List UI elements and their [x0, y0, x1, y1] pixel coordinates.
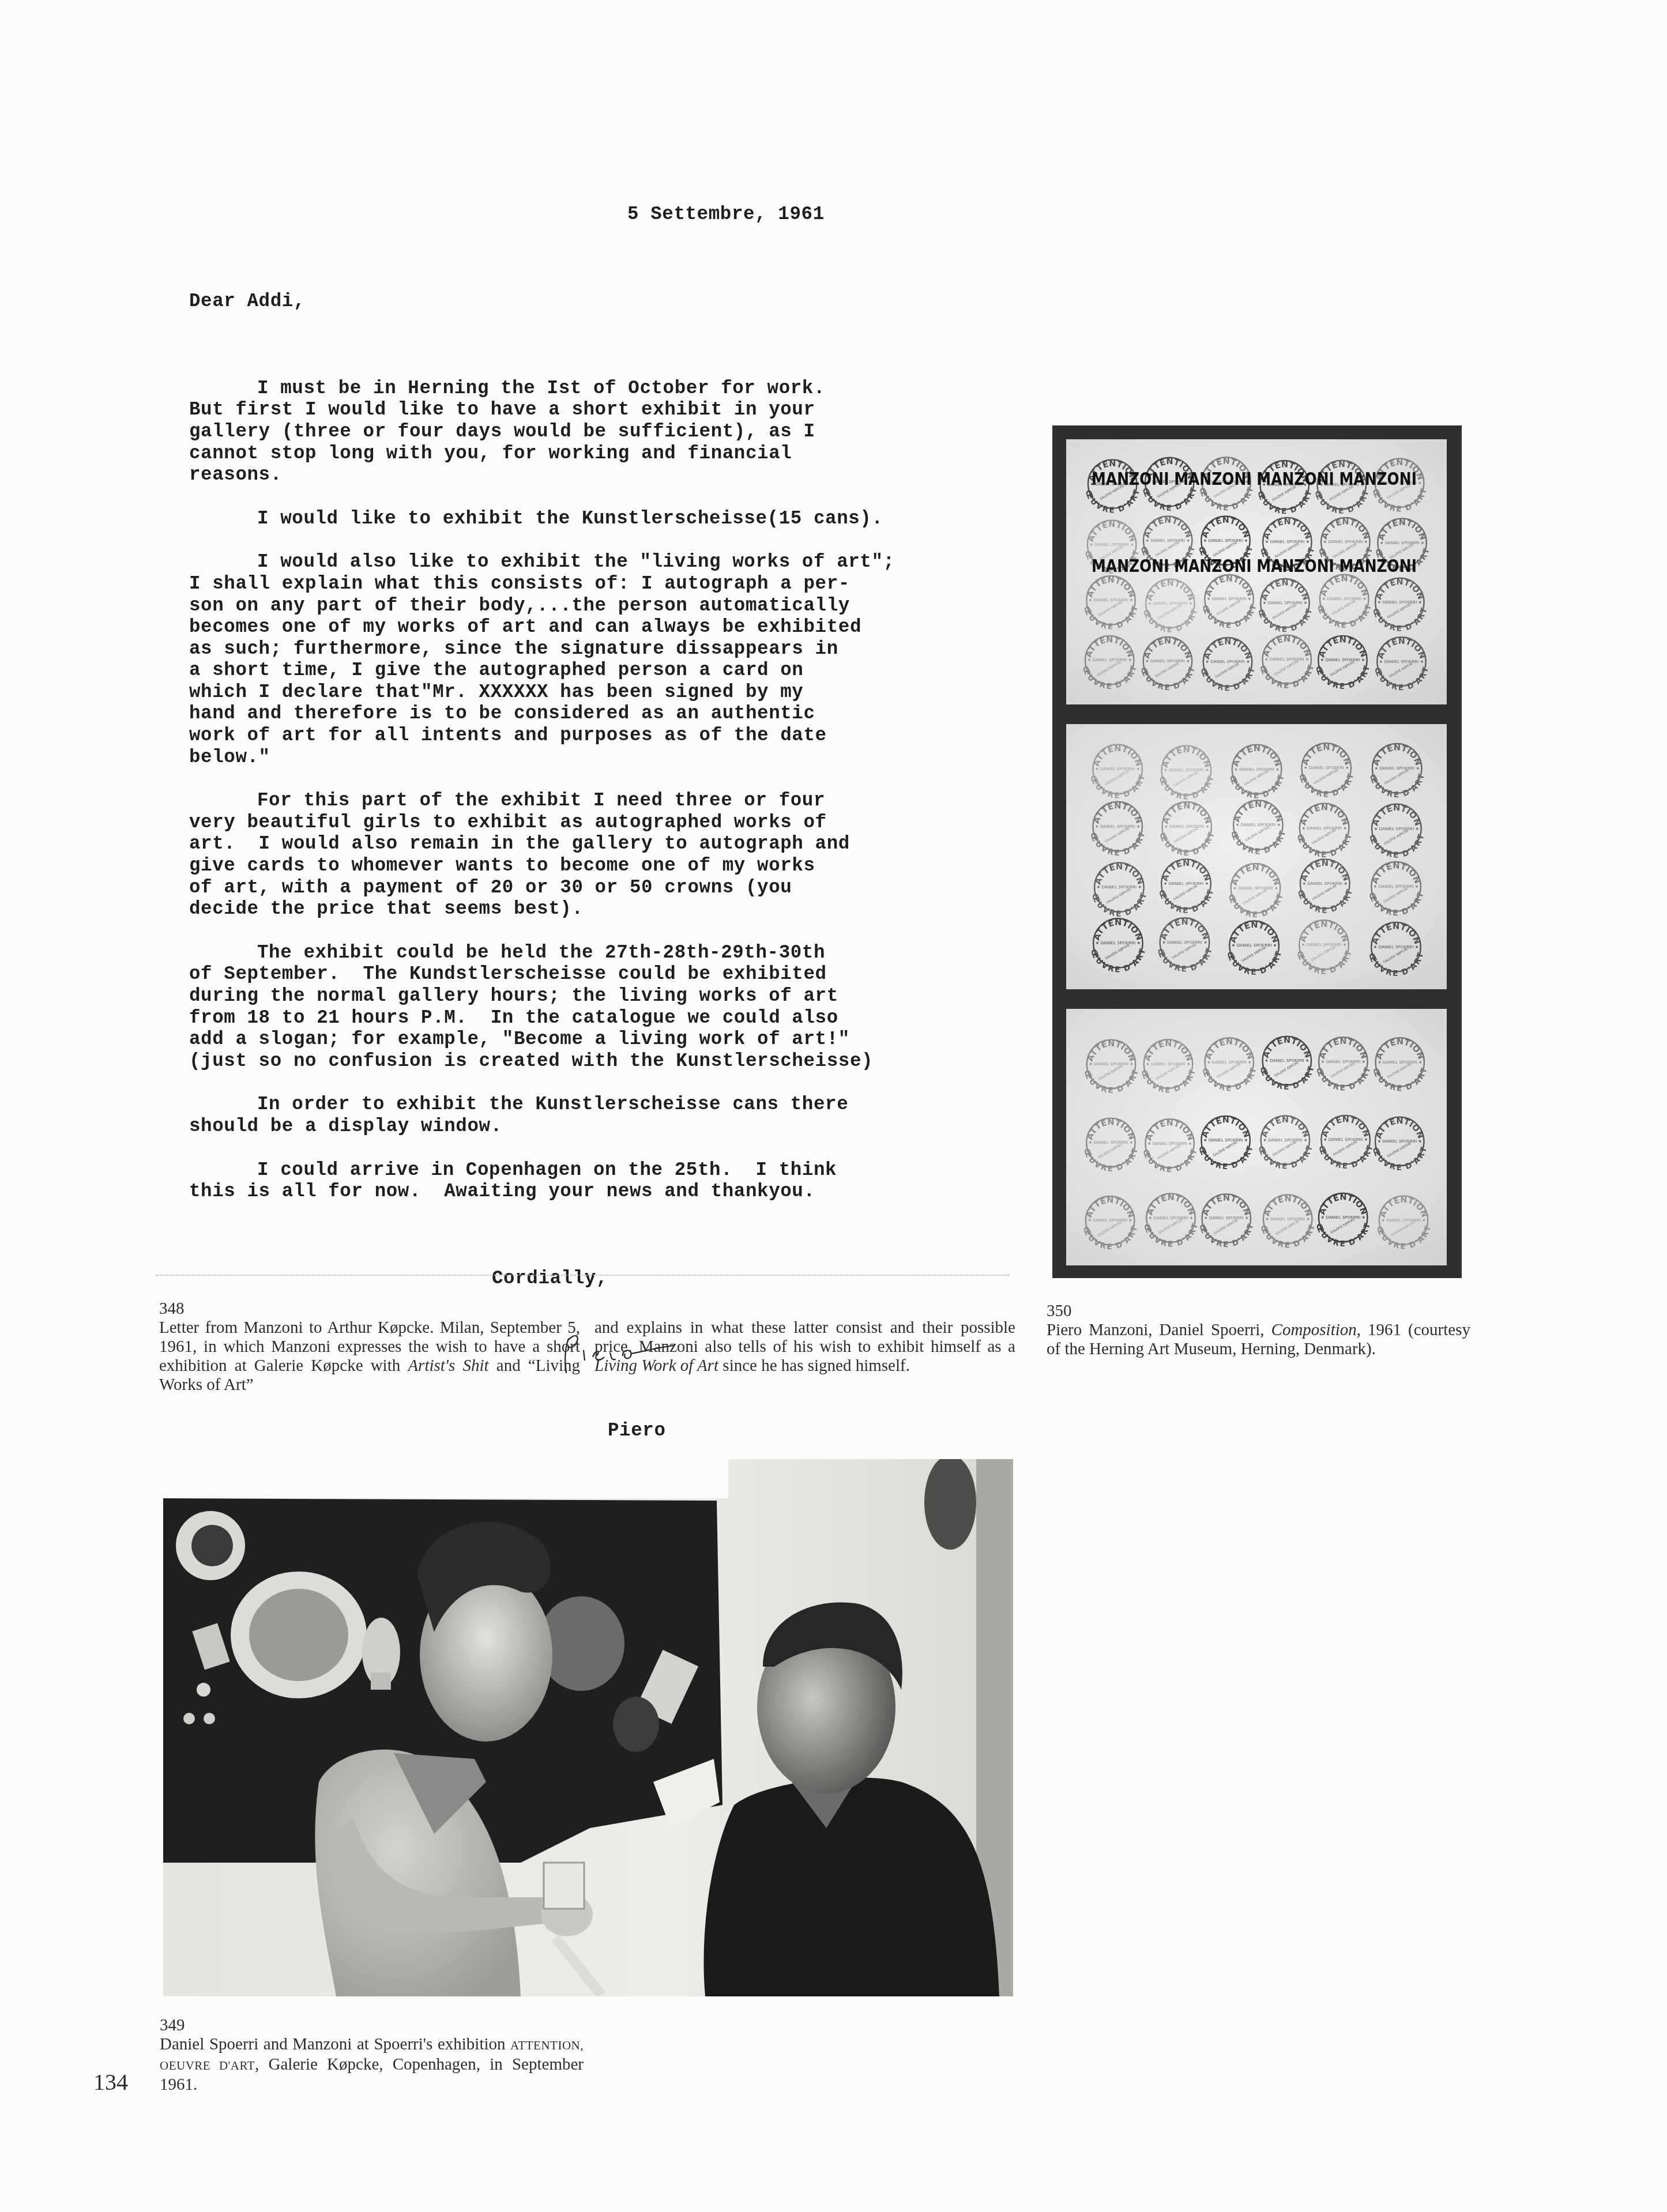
svg-text:★ DANIEL SPOERRI ★: ★ DANIEL SPOERRI ★ — [1097, 884, 1142, 890]
letter-line: reasons. — [189, 464, 985, 486]
svg-text:★ DANIEL SPOERRI ★: ★ DANIEL SPOERRI ★ — [1205, 659, 1250, 664]
letter-line: of art, with a payment of 20 or 30 or 50… — [189, 877, 985, 899]
oeuvre-dart-stamp: ATTENTIONŒUVRE D'ART★ DANIEL SPOERRI ★GA… — [1315, 574, 1374, 630]
svg-text:★ DANIEL SPOERRI ★: ★ DANIEL SPOERRI ★ — [1149, 1215, 1193, 1220]
letter-line: of September. The Kundstlerscheisse coul… — [189, 963, 985, 985]
svg-text:★ DANIEL SPOERRI ★: ★ DANIEL SPOERRI ★ — [1148, 601, 1192, 606]
svg-text:ATTENTION: ATTENTION — [1142, 516, 1193, 539]
svg-text:ATTENTION: ATTENTION — [1260, 1116, 1311, 1139]
svg-text:★ DANIEL SPOERRI ★: ★ DANIEL SPOERRI ★ — [1263, 1137, 1307, 1143]
oeuvre-dart-stamp: ATTENTIONŒUVRE D'ART★ DANIEL SPOERRI ★GA… — [1082, 575, 1141, 631]
svg-text:ATTENTION: ATTENTION — [1300, 743, 1353, 767]
separator-line — [156, 1275, 1009, 1276]
svg-text:GALERIE KØPCKE: GALERIE KØPCKE — [1388, 661, 1414, 679]
svg-text:ATTENTION: ATTENTION — [1375, 1038, 1425, 1061]
letter-paragraph: For this part of the exhibit I need thre… — [189, 790, 985, 920]
oeuvre-dart-stamp: ATTENTIONŒUVRE D'ART★ DANIEL SPOERRI ★GA… — [1141, 579, 1199, 635]
svg-text:★ DANIEL SPOERRI ★: ★ DANIEL SPOERRI ★ — [1265, 657, 1309, 662]
oeuvre-dart-stamp: ATTENTIONŒUVRE D'ART★ DANIEL SPOERRI ★GA… — [1258, 1194, 1317, 1250]
svg-text:ATTENTION: ATTENTION — [1086, 520, 1137, 543]
svg-text:ATTENTION: ATTENTION — [1143, 1039, 1194, 1062]
oeuvre-dart-stamp: ATTENTIONŒUVRE D'ART★ DANIEL SPOERRI ★GA… — [1295, 858, 1354, 915]
svg-text:GALERIE KØPCKE: GALERIE KØPCKE — [1097, 1220, 1123, 1238]
book-page: 5 Settembre, 1961 Dear Addi, I must be i… — [0, 0, 1667, 2212]
svg-text:GALERIE KØPCKE: GALERIE KØPCKE — [1390, 1220, 1416, 1237]
svg-text:ATTENTION: ATTENTION — [1200, 516, 1251, 539]
svg-text:ATTENTION: ATTENTION — [1085, 1196, 1135, 1219]
svg-text:GALERIE KØPCKE: GALERIE KØPCKE — [1097, 1143, 1123, 1160]
svg-text:★ DANIEL SPOERRI ★: ★ DANIEL SPOERRI ★ — [1096, 940, 1141, 945]
svg-text:★ DANIEL SPOERRI ★: ★ DANIEL SPOERRI ★ — [1087, 1218, 1132, 1223]
svg-text:GALERIE KØPCKE: GALERIE KØPCKE — [1383, 828, 1410, 846]
oeuvre-dart-stamp: ATTENTIONŒUVRE D'ART★ DANIEL SPOERRI ★GA… — [1367, 921, 1426, 978]
svg-text:★ DANIEL SPOERRI ★: ★ DANIEL SPOERRI ★ — [1304, 765, 1349, 770]
letter-line: from 18 to 21 hours P.M. In the catalogu… — [189, 1007, 985, 1029]
oeuvre-dart-stamp: ATTENTIONŒUVRE D'ART★ DANIEL SPOERRI ★GA… — [1080, 635, 1139, 691]
oeuvre-dart-stamp: ATTENTIONŒUVRE D'ART★ DANIEL SPOERRI ★GA… — [1370, 1117, 1429, 1173]
svg-text:ATTENTION: ATTENTION — [1200, 1116, 1251, 1139]
oeuvre-dart-stamp: ATTENTIONŒUVRE D'ART★ DANIEL SPOERRI ★GA… — [1258, 635, 1316, 691]
oeuvre-dart-stamp: ATTENTIONŒUVRE D'ART★ DANIEL SPOERRI ★GA… — [1256, 1116, 1315, 1171]
oeuvre-dart-stamp: ATTENTIONŒUVRE D'ART★ DANIEL SPOERRI ★GA… — [1082, 1039, 1141, 1095]
letter-line: I would like to exhibit the Kunstlersche… — [189, 508, 985, 530]
svg-text:★ DANIEL SPOERRI ★: ★ DANIEL SPOERRI ★ — [1234, 767, 1280, 772]
svg-text:GALERIE KØPCKE: GALERIE KØPCKE — [1213, 1140, 1239, 1158]
letter-signed-name: Piero — [608, 1420, 985, 1442]
svg-text:ATTENTION: ATTENTION — [1084, 635, 1135, 658]
svg-text:★ DANIEL SPOERRI ★: ★ DANIEL SPOERRI ★ — [1164, 767, 1209, 772]
svg-text:GALERIE KØPCKE: GALERIE KØPCKE — [1272, 1140, 1298, 1157]
svg-text:GALERIE KØPCKE: GALERIE KØPCKE — [1383, 947, 1409, 964]
svg-text:★ DANIEL SPOERRI ★: ★ DANIEL SPOERRI ★ — [1233, 885, 1278, 891]
svg-text:ATTENTION: ATTENTION — [1262, 517, 1312, 540]
manzoni-handwritten-signature: MANZONI MANZONI MANZONI MANZONI — [1092, 469, 1417, 489]
letter-line: becomes one of my works of art and can a… — [189, 616, 985, 638]
svg-text:GALERIE KØPCKE: GALERIE KØPCKE — [1105, 943, 1131, 960]
oeuvre-dart-stamp: ATTENTIONŒUVRE D'ART★ DANIEL SPOERRI ★GA… — [1227, 744, 1286, 801]
svg-text:ATTENTION: ATTENTION — [1262, 1036, 1312, 1059]
svg-text:ATTENTION: ATTENTION — [1085, 575, 1136, 598]
svg-text:★ DANIEL SPOERRI ★: ★ DANIEL SPOERRI ★ — [1204, 1215, 1248, 1220]
manzoni-handwritten-signature: MANZONI MANZONI MANZONI MANZONI — [1092, 556, 1417, 576]
oeuvre-dart-stamp: ATTENTIONŒUVRE D'ART★ DANIEL SPOERRI ★GA… — [1370, 578, 1429, 634]
svg-text:★ DANIEL SPOERRI ★: ★ DANIEL SPOERRI ★ — [1095, 824, 1141, 829]
caption-text: Piero Manzoni, Daniel Spoerri, Compositi… — [1047, 1321, 1470, 1359]
svg-text:★ DANIEL SPOERRI ★: ★ DANIEL SPOERRI ★ — [1379, 659, 1424, 664]
svg-text:★ DANIEL SPOERRI ★: ★ DANIEL SPOERRI ★ — [1090, 542, 1134, 547]
svg-text:ATTENTION: ATTENTION — [1086, 1039, 1137, 1062]
letter-line: In order to exhibit the Kunstlerscheisse… — [189, 1094, 985, 1116]
svg-text:★ DANIEL SPOERRI ★: ★ DANIEL SPOERRI ★ — [1303, 881, 1348, 886]
oeuvre-dart-stamp: ATTENTIONŒUVRE D'ART★ DANIEL SPOERRI ★GA… — [1082, 1118, 1141, 1174]
oeuvre-dart-stamp: ATTENTIONŒUVRE D'ART★ DANIEL SPOERRI ★GA… — [1088, 744, 1147, 801]
svg-text:ATTENTION: ATTENTION — [1369, 921, 1422, 945]
svg-text:GALERIE KØPCKE: GALERIE KØPCKE — [1387, 1062, 1413, 1079]
letter-line: But first I would like to have a short e… — [189, 399, 985, 421]
svg-text:ATTENTION: ATTENTION — [1092, 744, 1144, 768]
letter-line: son on any part of their body,...the per… — [189, 595, 985, 617]
svg-text:★ DANIEL SPOERRI ★: ★ DANIEL SPOERRI ★ — [1374, 944, 1419, 949]
letter-line: I would also like to exhibit the "living… — [189, 551, 985, 573]
svg-text:ATTENTION: ATTENTION — [1201, 1193, 1252, 1216]
svg-text:GALERIE KØPCKE: GALERIE KØPCKE — [1157, 1218, 1183, 1235]
svg-text:ATTENTION: ATTENTION — [1145, 579, 1195, 602]
oeuvre-dart-stamp: ATTENTIONŒUVRE D'ART★ DANIEL SPOERRI ★GA… — [1196, 1116, 1255, 1171]
svg-text:ATTENTION: ATTENTION — [1374, 1117, 1425, 1140]
caption-fig-348: 348 Letter from Manzoni to Arthur Køpcke… — [159, 1299, 1015, 1395]
oeuvre-dart-stamp: ATTENTIONŒUVRE D'ART★ DANIEL SPOERRI ★GA… — [1200, 1038, 1259, 1094]
composition-panel-2: ATTENTIONŒUVRE D'ART★ DANIEL SPOERRI ★GA… — [1066, 724, 1447, 989]
svg-text:ATTENTION: ATTENTION — [1320, 1115, 1371, 1138]
oeuvre-dart-stamp: ATTENTIONŒUVRE D'ART★ DANIEL SPOERRI ★GA… — [1295, 920, 1354, 977]
svg-text:★ DANIEL SPOERRI ★: ★ DANIEL SPOERRI ★ — [1095, 766, 1141, 771]
letter-paragraph: The exhibit could be held the 27th-28th-… — [189, 942, 985, 1072]
svg-text:ATTENTION: ATTENTION — [1318, 1193, 1368, 1216]
svg-text:★ DANIEL SPOERRI ★: ★ DANIEL SPOERRI ★ — [1146, 1061, 1190, 1067]
svg-text:GALERIE KØPCKE: GALERIE KØPCKE — [1173, 827, 1200, 844]
letter-line: as such; furthermore, since the signatur… — [189, 638, 985, 660]
svg-text:ATTENTION: ATTENTION — [1203, 574, 1254, 597]
svg-text:ATTENTION: ATTENTION — [1085, 1118, 1136, 1141]
svg-text:GALERIE KØPCKE: GALERIE KØPCKE — [1098, 1064, 1124, 1081]
figure-number: 348 — [159, 1299, 1015, 1318]
oeuvre-dart-stamp: ATTENTIONŒUVRE D'ART★ DANIEL SPOERRI ★GA… — [1138, 636, 1197, 692]
oeuvre-dart-stamp: ATTENTIONŒUVRE D'ART★ DANIEL SPOERRI ★GA… — [1157, 745, 1216, 802]
oeuvre-dart-stamp: ATTENTIONŒUVRE D'ART★ DANIEL SPOERRI ★GA… — [1295, 802, 1354, 860]
oeuvre-dart-stamp: ATTENTIONŒUVRE D'ART★ DANIEL SPOERRI ★GA… — [1367, 743, 1427, 800]
svg-text:GALERIE KØPCKE: GALERIE KØPCKE — [1333, 1140, 1359, 1157]
svg-text:ATTENTION: ATTENTION — [1318, 1037, 1368, 1060]
composition-artwork: ATTENTIONŒUVRE D'ART★ DANIEL SPOERRI ★GA… — [1052, 425, 1462, 1278]
svg-text:GALERIE KØPCKE: GALERIE KØPCKE — [1213, 1218, 1239, 1235]
letter-line: very beautiful girls to exhibit as autog… — [189, 812, 985, 834]
letter-line: I could arrive in Copenhagen on the 25th… — [189, 1159, 985, 1181]
svg-text:GALERIE KØPCKE: GALERIE KØPCKE — [1271, 603, 1297, 620]
svg-text:GALERIE KØPCKE: GALERIE KØPCKE — [1242, 888, 1269, 905]
svg-text:GALERIE KØPCKE: GALERIE KØPCKE — [1096, 660, 1122, 677]
svg-text:GALERIE KØPCKE: GALERIE KØPCKE — [1311, 945, 1337, 962]
svg-text:ATTENTION: ATTENTION — [1228, 920, 1281, 944]
svg-text:★ DANIEL SPOERRI ★: ★ DANIEL SPOERRI ★ — [1378, 600, 1422, 605]
letter-paragraph: In order to exhibit the Kunstlerscheisse… — [189, 1094, 985, 1137]
oeuvre-dart-stamp: ATTENTIONŒUVRE D'ART★ DANIEL SPOERRI ★GA… — [1141, 1119, 1199, 1175]
letter-line: gallery (three or four days would be suf… — [189, 421, 985, 443]
svg-text:ATTENTION: ATTENTION — [1374, 578, 1425, 601]
oeuvre-dart-stamp: ATTENTIONŒUVRE D'ART★ DANIEL SPOERRI ★GA… — [1157, 858, 1216, 915]
oeuvre-dart-stamp: ATTENTIONŒUVRE D'ART★ DANIEL SPOERRI ★GA… — [1372, 637, 1431, 693]
letter-paragraph: I could arrive in Copenhagen on the 25th… — [189, 1159, 985, 1203]
letter-paragraph: I would like to exhibit the Kunstlersche… — [189, 508, 985, 530]
svg-text:★ DANIEL SPOERRI ★: ★ DANIEL SPOERRI ★ — [1207, 1060, 1251, 1065]
caption-text: Daniel Spoerri and Manzoni at Spoerri's … — [160, 2035, 584, 2094]
svg-text:★ DANIEL SPOERRI ★: ★ DANIEL SPOERRI ★ — [1232, 943, 1277, 948]
svg-text:ATTENTION: ATTENTION — [1376, 518, 1427, 541]
oeuvre-dart-stamp: ATTENTIONŒUVRE D'ART★ DANIEL SPOERRI ★GA… — [1088, 801, 1147, 858]
svg-text:★ DANIEL SPOERRI ★: ★ DANIEL SPOERRI ★ — [1321, 1215, 1365, 1220]
svg-text:★ DANIEL SPOERRI ★: ★ DANIEL SPOERRI ★ — [1162, 940, 1207, 945]
svg-text:ATTENTION: ATTENTION — [1145, 1193, 1196, 1216]
svg-text:ATTENTION: ATTENTION — [1298, 802, 1350, 827]
photograph-spoerri-manzoni — [163, 1459, 1013, 1996]
svg-text:GALERIE KØPCKE: GALERIE KØPCKE — [1157, 603, 1183, 620]
svg-text:★ DANIEL SPOERRI ★: ★ DANIEL SPOERRI ★ — [1378, 1139, 1422, 1144]
oeuvre-dart-stamp: ATTENTIONŒUVRE D'ART★ DANIEL SPOERRI ★GA… — [1367, 861, 1426, 918]
oeuvre-dart-stamp: ATTENTIONŒUVRE D'ART★ DANIEL SPOERRI ★GA… — [1314, 1193, 1372, 1249]
svg-text:ATTENTION: ATTENTION — [1317, 635, 1368, 658]
svg-text:★ DANIEL SPOERRI ★: ★ DANIEL SPOERRI ★ — [1265, 539, 1309, 544]
svg-text:ATTENTION: ATTENTION — [1299, 858, 1351, 883]
letter-line: give cards to whomever wants to become o… — [189, 855, 985, 877]
oeuvre-dart-stamp: ATTENTIONŒUVRE D'ART★ DANIEL SPOERRI ★GA… — [1314, 1037, 1372, 1093]
svg-text:ATTENTION: ATTENTION — [1092, 801, 1144, 825]
svg-text:★ DANIEL SPOERRI ★: ★ DANIEL SPOERRI ★ — [1164, 881, 1209, 886]
oeuvre-dart-stamp: ATTENTIONŒUVRE D'ART★ DANIEL SPOERRI ★GA… — [1198, 637, 1257, 693]
oeuvre-dart-stamp: ATTENTIONŒUVRE D'ART★ DANIEL SPOERRI ★GA… — [1200, 574, 1259, 630]
svg-text:★ DANIEL SPOERRI ★: ★ DANIEL SPOERRI ★ — [1147, 1141, 1192, 1146]
svg-text:★ DANIEL SPOERRI ★: ★ DANIEL SPOERRI ★ — [1089, 597, 1133, 602]
svg-text:GALERIE KØPCKE: GALERIE KØPCKE — [1214, 662, 1240, 679]
svg-text:GALERIE KØPCKE: GALERIE KØPCKE — [1386, 602, 1412, 620]
oeuvre-dart-stamp: ATTENTIONŒUVRE D'ART★ DANIEL SPOERRI ★GA… — [1371, 1038, 1429, 1094]
svg-text:ATTENTION: ATTENTION — [1160, 745, 1213, 769]
oeuvre-dart-stamp: ATTENTIONŒUVRE D'ART★ DANIEL SPOERRI ★GA… — [1088, 918, 1147, 975]
svg-text:★ DANIEL SPOERRI ★: ★ DANIEL SPOERRI ★ — [1301, 826, 1347, 831]
svg-text:★ DANIEL SPOERRI ★: ★ DANIEL SPOERRI ★ — [1320, 657, 1365, 662]
svg-text:ATTENTION: ATTENTION — [1232, 800, 1284, 824]
artwork-title: Composition — [1271, 1321, 1357, 1339]
svg-text:ATTENTION: ATTENTION — [1229, 863, 1282, 887]
svg-text:★ DANIEL SPOERRI ★: ★ DANIEL SPOERRI ★ — [1381, 1218, 1425, 1223]
svg-text:★ DANIEL SPOERRI ★: ★ DANIEL SPOERRI ★ — [1207, 596, 1251, 601]
svg-text:★ DANIEL SPOERRI ★: ★ DANIEL SPOERRI ★ — [1265, 1058, 1309, 1063]
oeuvre-dart-stamp: ATTENTIONŒUVRE D'ART★ DANIEL SPOERRI ★GA… — [1316, 1115, 1375, 1171]
letter-line: should be a display window. — [189, 1116, 985, 1137]
svg-text:ATTENTION: ATTENTION — [1378, 1196, 1429, 1219]
oeuvre-dart-stamp: ATTENTIONŒUVRE D'ART★ DANIEL SPOERRI ★GA… — [1297, 743, 1356, 800]
svg-text:GALERIE KØPCKE: GALERIE KØPCKE — [1313, 768, 1339, 785]
oeuvre-dart-stamp: ATTENTIONŒUVRE D'ART★ DANIEL SPOERRI ★GA… — [1197, 1193, 1256, 1249]
letter-line: below." — [189, 747, 985, 768]
svg-text:★ DANIEL SPOERRI ★: ★ DANIEL SPOERRI ★ — [1374, 826, 1420, 831]
letter-line: add a slogan; for example, "Become a liv… — [189, 1028, 985, 1050]
svg-text:ATTENTION: ATTENTION — [1259, 578, 1310, 601]
letter-line: art. I would also remain in the gallery … — [189, 833, 985, 855]
svg-text:GALERIE KØPCKE: GALERIE KØPCKE — [1383, 768, 1410, 785]
caption-column-1: Letter from Manzoni to Arthur Køpcke. Mi… — [159, 1318, 580, 1395]
svg-text:ATTENTION: ATTENTION — [1142, 636, 1193, 660]
letter-body: I must be in Herning the Ist of October … — [189, 378, 985, 1203]
svg-text:ATTENTION: ATTENTION — [1319, 574, 1369, 597]
svg-text:GALERIE KØPCKE: GALERIE KØPCKE — [1311, 828, 1337, 845]
svg-text:GALERIE KØPCKE: GALERIE KØPCKE — [1274, 1219, 1300, 1236]
svg-text:ATTENTION: ATTENTION — [1298, 920, 1350, 944]
letter-date: 5 Settembre, 1961 — [627, 204, 985, 225]
svg-text:★ DANIEL SPOERRI ★: ★ DANIEL SPOERRI ★ — [1164, 824, 1210, 829]
composition-panel-1: ATTENTIONŒUVRE D'ART★ DANIEL SPOERRI ★GA… — [1066, 439, 1447, 704]
svg-text:ATTENTION: ATTENTION — [1376, 637, 1427, 660]
svg-text:ATTENTION: ATTENTION — [1371, 743, 1423, 767]
svg-text:GALERIE KØPCKE: GALERIE KØPCKE — [1173, 884, 1199, 901]
svg-text:GALERIE KØPCKE: GALERIE KØPCKE — [1329, 660, 1355, 677]
letter-paragraph: I would also like to exhibit the "living… — [189, 551, 985, 768]
svg-text:★ DANIEL SPOERRI ★: ★ DANIEL SPOERRI ★ — [1266, 1216, 1310, 1222]
svg-text:GALERIE KØPCKE: GALERIE KØPCKE — [1383, 887, 1409, 904]
letter-line: I must be in Herning the Ist of October … — [189, 378, 985, 400]
svg-text:ATTENTION: ATTENTION — [1158, 917, 1211, 941]
svg-text:GALERIE KØPCKE: GALERIE KØPCKE — [1216, 1062, 1242, 1079]
svg-text:ATTENTION: ATTENTION — [1262, 635, 1312, 658]
oeuvre-dart-stamp: ATTENTIONŒUVRE D'ART★ DANIEL SPOERRI ★GA… — [1089, 862, 1149, 919]
svg-text:GALERIE KØPCKE: GALERIE KØPCKE — [1173, 770, 1199, 787]
svg-text:GALERIE KØPCKE: GALERIE KØPCKE — [1244, 825, 1271, 842]
svg-text:GALERIE KØPCKE: GALERIE KØPCKE — [1104, 769, 1131, 786]
svg-text:★ DANIEL SPOERRI ★: ★ DANIEL SPOERRI ★ — [1374, 884, 1419, 889]
letter-line: during the normal gallery hours; the liv… — [189, 985, 985, 1007]
oeuvre-dart-stamp: ATTENTIONŒUVRE D'ART★ DANIEL SPOERRI ★GA… — [1228, 800, 1288, 857]
svg-text:GALERIE KØPCKE: GALERIE KØPCKE — [1241, 945, 1267, 963]
letter-closing: Cordially, — [492, 1268, 985, 1290]
svg-text:★ DANIEL SPOERRI ★: ★ DANIEL SPOERRI ★ — [1087, 657, 1132, 662]
svg-text:★ DANIEL SPOERRI ★: ★ DANIEL SPOERRI ★ — [1263, 600, 1307, 605]
svg-text:ATTENTION: ATTENTION — [1161, 801, 1213, 826]
oeuvre-dart-stamp: ATTENTIONŒUVRE D'ART★ DANIEL SPOERRI ★GA… — [1139, 1039, 1198, 1095]
svg-text:GALERIE KØPCKE: GALERIE KØPCKE — [1216, 599, 1242, 616]
oeuvre-dart-stamp: ATTENTIONŒUVRE D'ART★ DANIEL SPOERRI ★GA… — [1226, 863, 1285, 920]
oeuvre-dart-stamp: ATTENTIONŒUVRE D'ART★ DANIEL SPOERRI ★GA… — [1081, 1196, 1139, 1252]
letter-line: I shall explain what this consists of: I… — [189, 573, 985, 595]
svg-text:GALERIE KØPCKE: GALERIE KØPCKE — [1157, 1143, 1183, 1160]
oeuvre-dart-stamp: ATTENTIONŒUVRE D'ART★ DANIEL SPOERRI ★GA… — [1314, 635, 1372, 691]
caption-fig-349: 349 Daniel Spoerri and Manzoni at Spoerr… — [160, 2016, 584, 2094]
page-number: 134 — [93, 2068, 128, 2096]
composition-panel-3: ATTENTIONŒUVRE D'ART★ DANIEL SPOERRI ★GA… — [1066, 1009, 1447, 1265]
letter-line: cannot stop long with you, for working a… — [189, 443, 985, 465]
svg-text:★ DANIEL SPOERRI ★: ★ DANIEL SPOERRI ★ — [1146, 538, 1190, 543]
svg-text:★ DANIEL SPOERRI ★: ★ DANIEL SPOERRI ★ — [1089, 1061, 1133, 1067]
svg-text:GALERIE KØPCKE: GALERIE KØPCKE — [1311, 884, 1338, 901]
svg-text:ATTENTION: ATTENTION — [1370, 861, 1423, 885]
oeuvre-dart-stamp: ATTENTIONŒUVRE D'ART★ DANIEL SPOERRI ★GA… — [1225, 920, 1284, 977]
svg-text:★ DANIEL SPOERRI ★: ★ DANIEL SPOERRI ★ — [1203, 1137, 1248, 1143]
svg-text:ATTENTION: ATTENTION — [1160, 858, 1212, 883]
svg-text:ATTENTION: ATTENTION — [1231, 744, 1283, 768]
letter-line: which I declare that"Mr. XXXXXX has been… — [189, 681, 985, 703]
svg-text:GALERIE KØPCKE: GALERIE KØPCKE — [1386, 1141, 1412, 1159]
svg-text:ATTENTION: ATTENTION — [1092, 918, 1144, 942]
svg-text:GALERIE KØPCKE: GALERIE KØPCKE — [1243, 769, 1270, 786]
svg-text:★ DANIEL SPOERRI ★: ★ DANIEL SPOERRI ★ — [1321, 1059, 1365, 1064]
oeuvre-dart-stamp: ATTENTIONŒUVRE D'ART★ DANIEL SPOERRI ★GA… — [1155, 917, 1214, 974]
svg-text:GALERIE KØPCKE: GALERIE KØPCKE — [1106, 887, 1132, 905]
svg-text:ATTENTION: ATTENTION — [1144, 1119, 1195, 1142]
svg-text:ATTENTION: ATTENTION — [1202, 637, 1253, 660]
svg-text:GALERIE KØPCKE: GALERIE KØPCKE — [1104, 826, 1131, 843]
letter-line: decide the price that seems best). — [189, 898, 985, 920]
svg-text:★ DANIEL SPOERRI ★: ★ DANIEL SPOERRI ★ — [1378, 1060, 1422, 1065]
oeuvre-dart-stamp: ATTENTIONŒUVRE D'ART★ DANIEL SPOERRI ★GA… — [1157, 801, 1217, 858]
svg-text:GALERIE KØPCKE: GALERIE KØPCKE — [1154, 540, 1180, 557]
svg-text:GALERIE KØPCKE: GALERIE KØPCKE — [1171, 943, 1198, 960]
letter-line: this is all for now. Awaiting your news … — [189, 1181, 985, 1203]
letter-line: (just so no confusion is created with th… — [189, 1050, 985, 1072]
caption-fig-350: 350 Piero Manzoni, Daniel Spoerri, Compo… — [1047, 1302, 1470, 1359]
svg-text:★ DANIEL SPOERRI ★: ★ DANIEL SPOERRI ★ — [1089, 1140, 1133, 1145]
letter-line: hand and therefore is to be considered a… — [189, 703, 985, 725]
figure-number: 349 — [160, 2016, 584, 2035]
svg-text:★ DANIEL SPOERRI ★: ★ DANIEL SPOERRI ★ — [1322, 596, 1367, 601]
letter-line: a short time, I give the autographed per… — [189, 660, 985, 681]
svg-text:★ DANIEL SPOERRI ★: ★ DANIEL SPOERRI ★ — [1236, 822, 1281, 827]
letter-paragraph: I must be in Herning the Ist of October … — [189, 378, 985, 486]
svg-text:★ DANIEL SPOERRI ★: ★ DANIEL SPOERRI ★ — [1301, 942, 1347, 947]
caption-column-2: and explains in what these latter consis… — [594, 1318, 1015, 1395]
oeuvre-dart-stamp: ATTENTIONŒUVRE D'ART★ DANIEL SPOERRI ★GA… — [1367, 803, 1426, 860]
svg-text:ATTENTION: ATTENTION — [1370, 803, 1423, 827]
svg-text:★ DANIEL SPOERRI ★: ★ DANIEL SPOERRI ★ — [1145, 658, 1190, 664]
letter-line: work of art for all intents and purposes… — [189, 725, 985, 747]
oeuvre-dart-stamp: ATTENTIONŒUVRE D'ART★ DANIEL SPOERRI ★GA… — [1142, 1193, 1201, 1249]
svg-text:★ DANIEL SPOERRI ★: ★ DANIEL SPOERRI ★ — [1380, 540, 1424, 545]
svg-text:★ DANIEL SPOERRI ★: ★ DANIEL SPOERRI ★ — [1323, 539, 1368, 544]
svg-text:★ DANIEL SPOERRI ★: ★ DANIEL SPOERRI ★ — [1323, 1137, 1368, 1142]
svg-text:ATTENTION: ATTENTION — [1093, 862, 1145, 886]
svg-text:★ DANIEL SPOERRI ★: ★ DANIEL SPOERRI ★ — [1374, 766, 1420, 771]
oeuvre-dart-stamp: ATTENTIONŒUVRE D'ART★ DANIEL SPOERRI ★GA… — [1258, 1036, 1316, 1092]
oeuvre-dart-stamp: ATTENTIONŒUVRE D'ART★ DANIEL SPOERRI ★GA… — [1256, 578, 1315, 634]
letter-line: The exhibit could be held the 27th-28th-… — [189, 942, 985, 964]
letter-greeting: Dear Addi, — [189, 291, 985, 312]
oeuvre-dart-stamp: ATTENTIONŒUVRE D'ART★ DANIEL SPOERRI ★GA… — [1374, 1196, 1433, 1252]
letter-line: For this part of the exhibit I need thre… — [189, 790, 985, 812]
figure-number: 350 — [1047, 1302, 1470, 1321]
svg-text:ATTENTION: ATTENTION — [1204, 1038, 1255, 1061]
svg-text:GALERIE KØPCKE: GALERIE KØPCKE — [1331, 599, 1357, 616]
svg-text:ATTENTION: ATTENTION — [1320, 517, 1371, 540]
svg-text:GALERIE KØPCKE: GALERIE KØPCKE — [1097, 600, 1123, 617]
svg-text:ATTENTION: ATTENTION — [1262, 1194, 1313, 1218]
svg-text:★ DANIEL SPOERRI ★: ★ DANIEL SPOERRI ★ — [1203, 538, 1248, 543]
